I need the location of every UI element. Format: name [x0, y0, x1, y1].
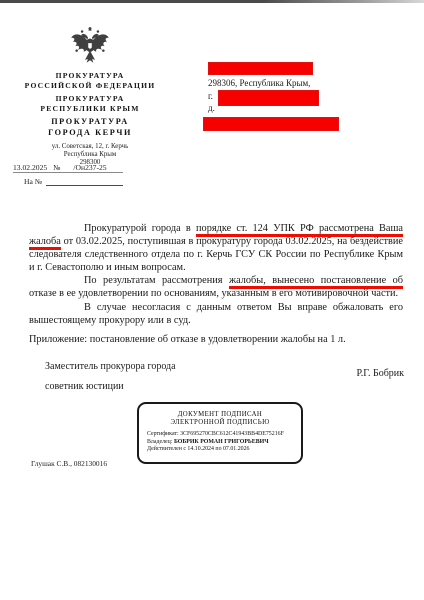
org-region: Республика Крым [4, 151, 176, 159]
stamp-title-line2: ЭЛЕКТРОННОЙ ПОДПИСЬЮ [139, 419, 301, 427]
body-paragraph-2: По результатам рассмотрения жалобы, выне… [29, 274, 403, 300]
outgoing-reference-row: 13.02.2025 № /Он237-25 [13, 160, 123, 173]
body-paragraph-3: В случае несогласия с данным ответом Вы … [29, 301, 403, 327]
recipient-block: 298306, Республика Крым, г. д. [203, 62, 353, 134]
redaction-box-street [218, 90, 319, 106]
certificate-value: 3CF695270CBC612C41943BB4DE75216F [180, 431, 284, 437]
p1-text-pre: Прокуратурой города в [84, 223, 196, 234]
redaction-box-name [208, 62, 313, 75]
stamp-title-line1: ДОКУМЕНТ ПОДПИСАН [139, 411, 301, 419]
letter-body: Прокуратурой города в порядке ст. 124 УП… [29, 222, 403, 346]
p2-text-post: отказе в ее удовлетворении по основаниям… [29, 288, 398, 299]
p1-text-post: от 03.02.2025, поступившая в прокуратуру… [29, 236, 403, 273]
recipient-postcode-region: 298306, Республика Крым, [208, 78, 310, 88]
recipient-city-prefix: г. [208, 91, 213, 101]
coat-of-arms-icon [69, 24, 111, 64]
body-paragraph-1: Прокуратурой города в порядке ст. 124 УП… [29, 222, 403, 274]
scan-edge-line [0, 0, 424, 3]
org-name-crimea-line1: ПРОКУРАТУРА [4, 94, 176, 104]
org-name-kerch-line2: ГОРОДА КЕРЧИ [4, 128, 176, 139]
reply-to-label: На № [24, 177, 42, 186]
p2-text-pre: По результатам рассмотрения [84, 275, 229, 286]
org-street-address: ул. Советская, 12, г. Керчь [4, 143, 176, 151]
stamp-certificate-line: Сертификат: 3CF695270CBC612C41943BB4DE75… [147, 431, 301, 438]
redaction-box-extra [203, 117, 339, 131]
signer-position-line2: советник юстиции [45, 381, 124, 392]
org-name-crimea-line2: РЕСПУБЛИКИ КРЫМ [4, 104, 176, 114]
scanned-letter-page: ПРОКУРАТУРА РОССИЙСКОЙ ФЕДЕРАЦИИ ПРОКУРА… [0, 0, 424, 600]
recipient-house-prefix: д. [208, 103, 215, 113]
signer-position-line1: Заместитель прокурора города [45, 361, 176, 372]
executor-info: Глушак С.В., 082130016 [31, 459, 107, 468]
signer-name: Р.Г. Бобрик [356, 368, 404, 379]
outgoing-number: /Он237-25 [73, 163, 106, 172]
attachment-line: Приложение: постановление об отказе в уд… [29, 333, 403, 346]
owner-name: БОБРИК РОМАН ГРИГОРЬЕВИЧ [174, 439, 269, 445]
org-name-kerch-line1: ПРОКУРАТУРА [4, 117, 176, 128]
letter-date: 13.02.2025 [13, 163, 47, 172]
number-sign: № [53, 163, 60, 172]
org-name-federation-line1: ПРОКУРАТУРА [4, 71, 176, 81]
org-name-federation-line2: РОССИЙСКОЙ ФЕДЕРАЦИИ [4, 81, 176, 91]
certificate-label: Сертификат: [147, 431, 179, 437]
stamp-validity-line: Действителен с 14.10.2024 по 07.01.2026 [147, 446, 301, 453]
reply-to-reference-row: На № [24, 175, 123, 186]
owner-label: Владелец: [147, 439, 172, 445]
letterhead: ПРОКУРАТУРА РОССИЙСКОЙ ФЕДЕРАЦИИ ПРОКУРА… [4, 24, 176, 168]
reply-to-blank-line [46, 176, 123, 186]
electronic-signature-stamp: ДОКУМЕНТ ПОДПИСАН ЭЛЕКТРОННОЙ ПОДПИСЬЮ С… [137, 402, 303, 464]
